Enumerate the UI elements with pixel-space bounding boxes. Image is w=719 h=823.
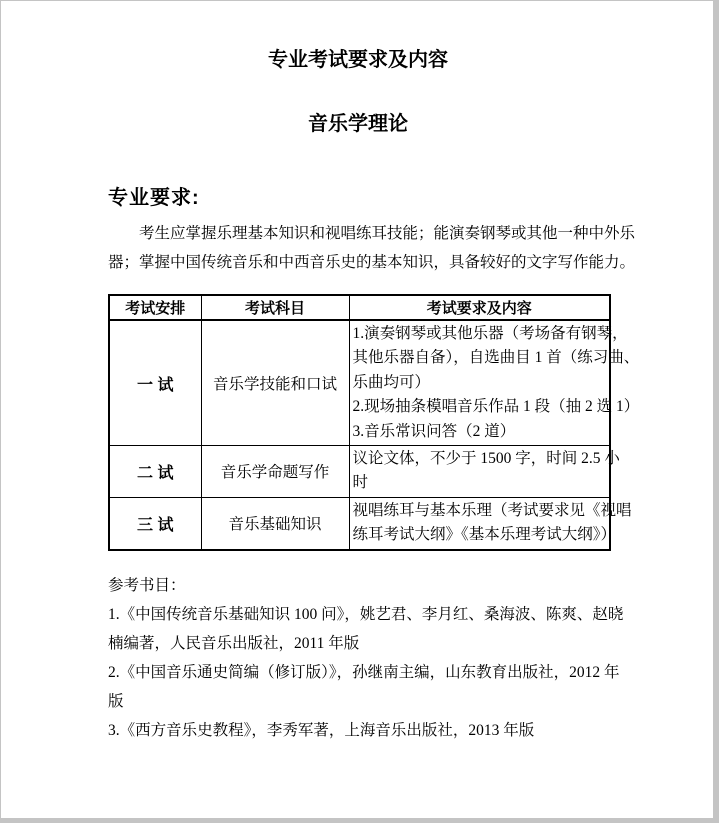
requirements-paragraph: 考生应掌握乐理基本知识和视唱练耳技能；能演奏钢琴或其他一种中外乐 器；掌握中国传… — [108, 219, 614, 277]
exam-subject-cell: 音乐学命题写作 — [201, 446, 349, 498]
table-header-row: 考试安排 考试科目 考试要求及内容 — [109, 295, 610, 320]
requirement-line: 练耳考试大纲》《基本乐理考试大纲》） — [353, 523, 609, 547]
requirements-heading: 专业要求: — [108, 187, 200, 210]
page-title: 专业考试要求及内容 — [107, 48, 609, 72]
table-row: 一 试 音乐学技能和口试 1.演奏钢琴或其他乐器（考场备有钢琴， 其他乐器自备）… — [109, 320, 610, 446]
table-row: 二 试 音乐学命题写作 议论文体，不少于 1500 字，时间 2.5 小 时 — [109, 446, 610, 498]
header-exam-requirements: 考试要求及内容 — [349, 295, 610, 320]
requirement-line: 议论文体，不少于 1500 字，时间 2.5 小 — [353, 447, 609, 471]
requirement-line: 其他乐器自备），自选曲目 1 首（练习曲、 — [353, 346, 609, 370]
requirement-line: 3.音乐常识问答（2 道） — [353, 420, 609, 444]
exam-requirements-cell: 1.演奏钢琴或其他乐器（考场备有钢琴， 其他乐器自备），自选曲目 1 首（练习曲… — [349, 320, 610, 446]
exam-round-cell: 一 试 — [109, 320, 201, 446]
exam-requirements-cell: 议论文体，不少于 1500 字，时间 2.5 小 时 — [349, 446, 610, 498]
document-subtitle: 音乐学理论 — [107, 112, 609, 136]
requirement-line: 乐曲均可） — [353, 371, 609, 395]
requirement-line: 时 — [353, 471, 609, 495]
exam-subject-cell: 音乐学技能和口试 — [201, 320, 349, 446]
references-heading: 参考书目： — [108, 571, 618, 600]
reference-line: 楠编著，人民音乐出版社，2011 年版 — [108, 629, 618, 658]
exam-requirements-cell: 视唱练耳与基本乐理（考试要求见《视唱 练耳考试大纲》《基本乐理考试大纲》） — [349, 497, 610, 549]
reference-line: 1.《中国传统音乐基础知识 100 问》，姚艺君、李月红、桑海波、陈爽、赵晓 — [108, 600, 618, 629]
header-exam-arrangement: 考试安排 — [109, 295, 201, 320]
requirement-line: 2.现场抽条模唱音乐作品 1 段（抽 2 选 1） — [353, 395, 609, 419]
requirements-paragraph-line: 考生应掌握乐理基本知识和视唱练耳技能；能演奏钢琴或其他一种中外乐 — [108, 219, 614, 248]
reference-books-section: 参考书目： 1.《中国传统音乐基础知识 100 问》，姚艺君、李月红、桑海波、陈… — [108, 571, 618, 745]
header-exam-subject: 考试科目 — [201, 295, 349, 320]
exam-round-cell: 三 试 — [109, 497, 201, 549]
requirement-line: 1.演奏钢琴或其他乐器（考场备有钢琴， — [353, 322, 609, 346]
table-row: 三 试 音乐基础知识 视唱练耳与基本乐理（考试要求见《视唱 练耳考试大纲》《基本… — [109, 497, 610, 549]
exam-subject-cell: 音乐基础知识 — [201, 497, 349, 549]
requirement-line: 视唱练耳与基本乐理（考试要求见《视唱 — [353, 499, 609, 523]
reference-line: 3.《西方音乐史教程》，李秀军著，上海音乐出版社，2013 年版 — [108, 716, 618, 745]
requirements-paragraph-line: 器；掌握中国传统音乐和中西音乐史的基本知识，具备较好的文字写作能力。 — [108, 248, 614, 277]
exam-round-cell: 二 试 — [109, 446, 201, 498]
exam-table: 考试安排 考试科目 考试要求及内容 一 试 音乐学技能和口试 1.演奏钢琴或其他… — [108, 294, 611, 551]
reference-line: 2.《中国音乐通史简编（修订版）》，孙继南主编，山东教育出版社，2012 年 — [108, 658, 618, 687]
reference-line: 版 — [108, 687, 618, 716]
document-page: 专业考试要求及内容 音乐学理论 专业要求: 考生应掌握乐理基本知识和视唱练耳技能… — [1, 1, 713, 818]
